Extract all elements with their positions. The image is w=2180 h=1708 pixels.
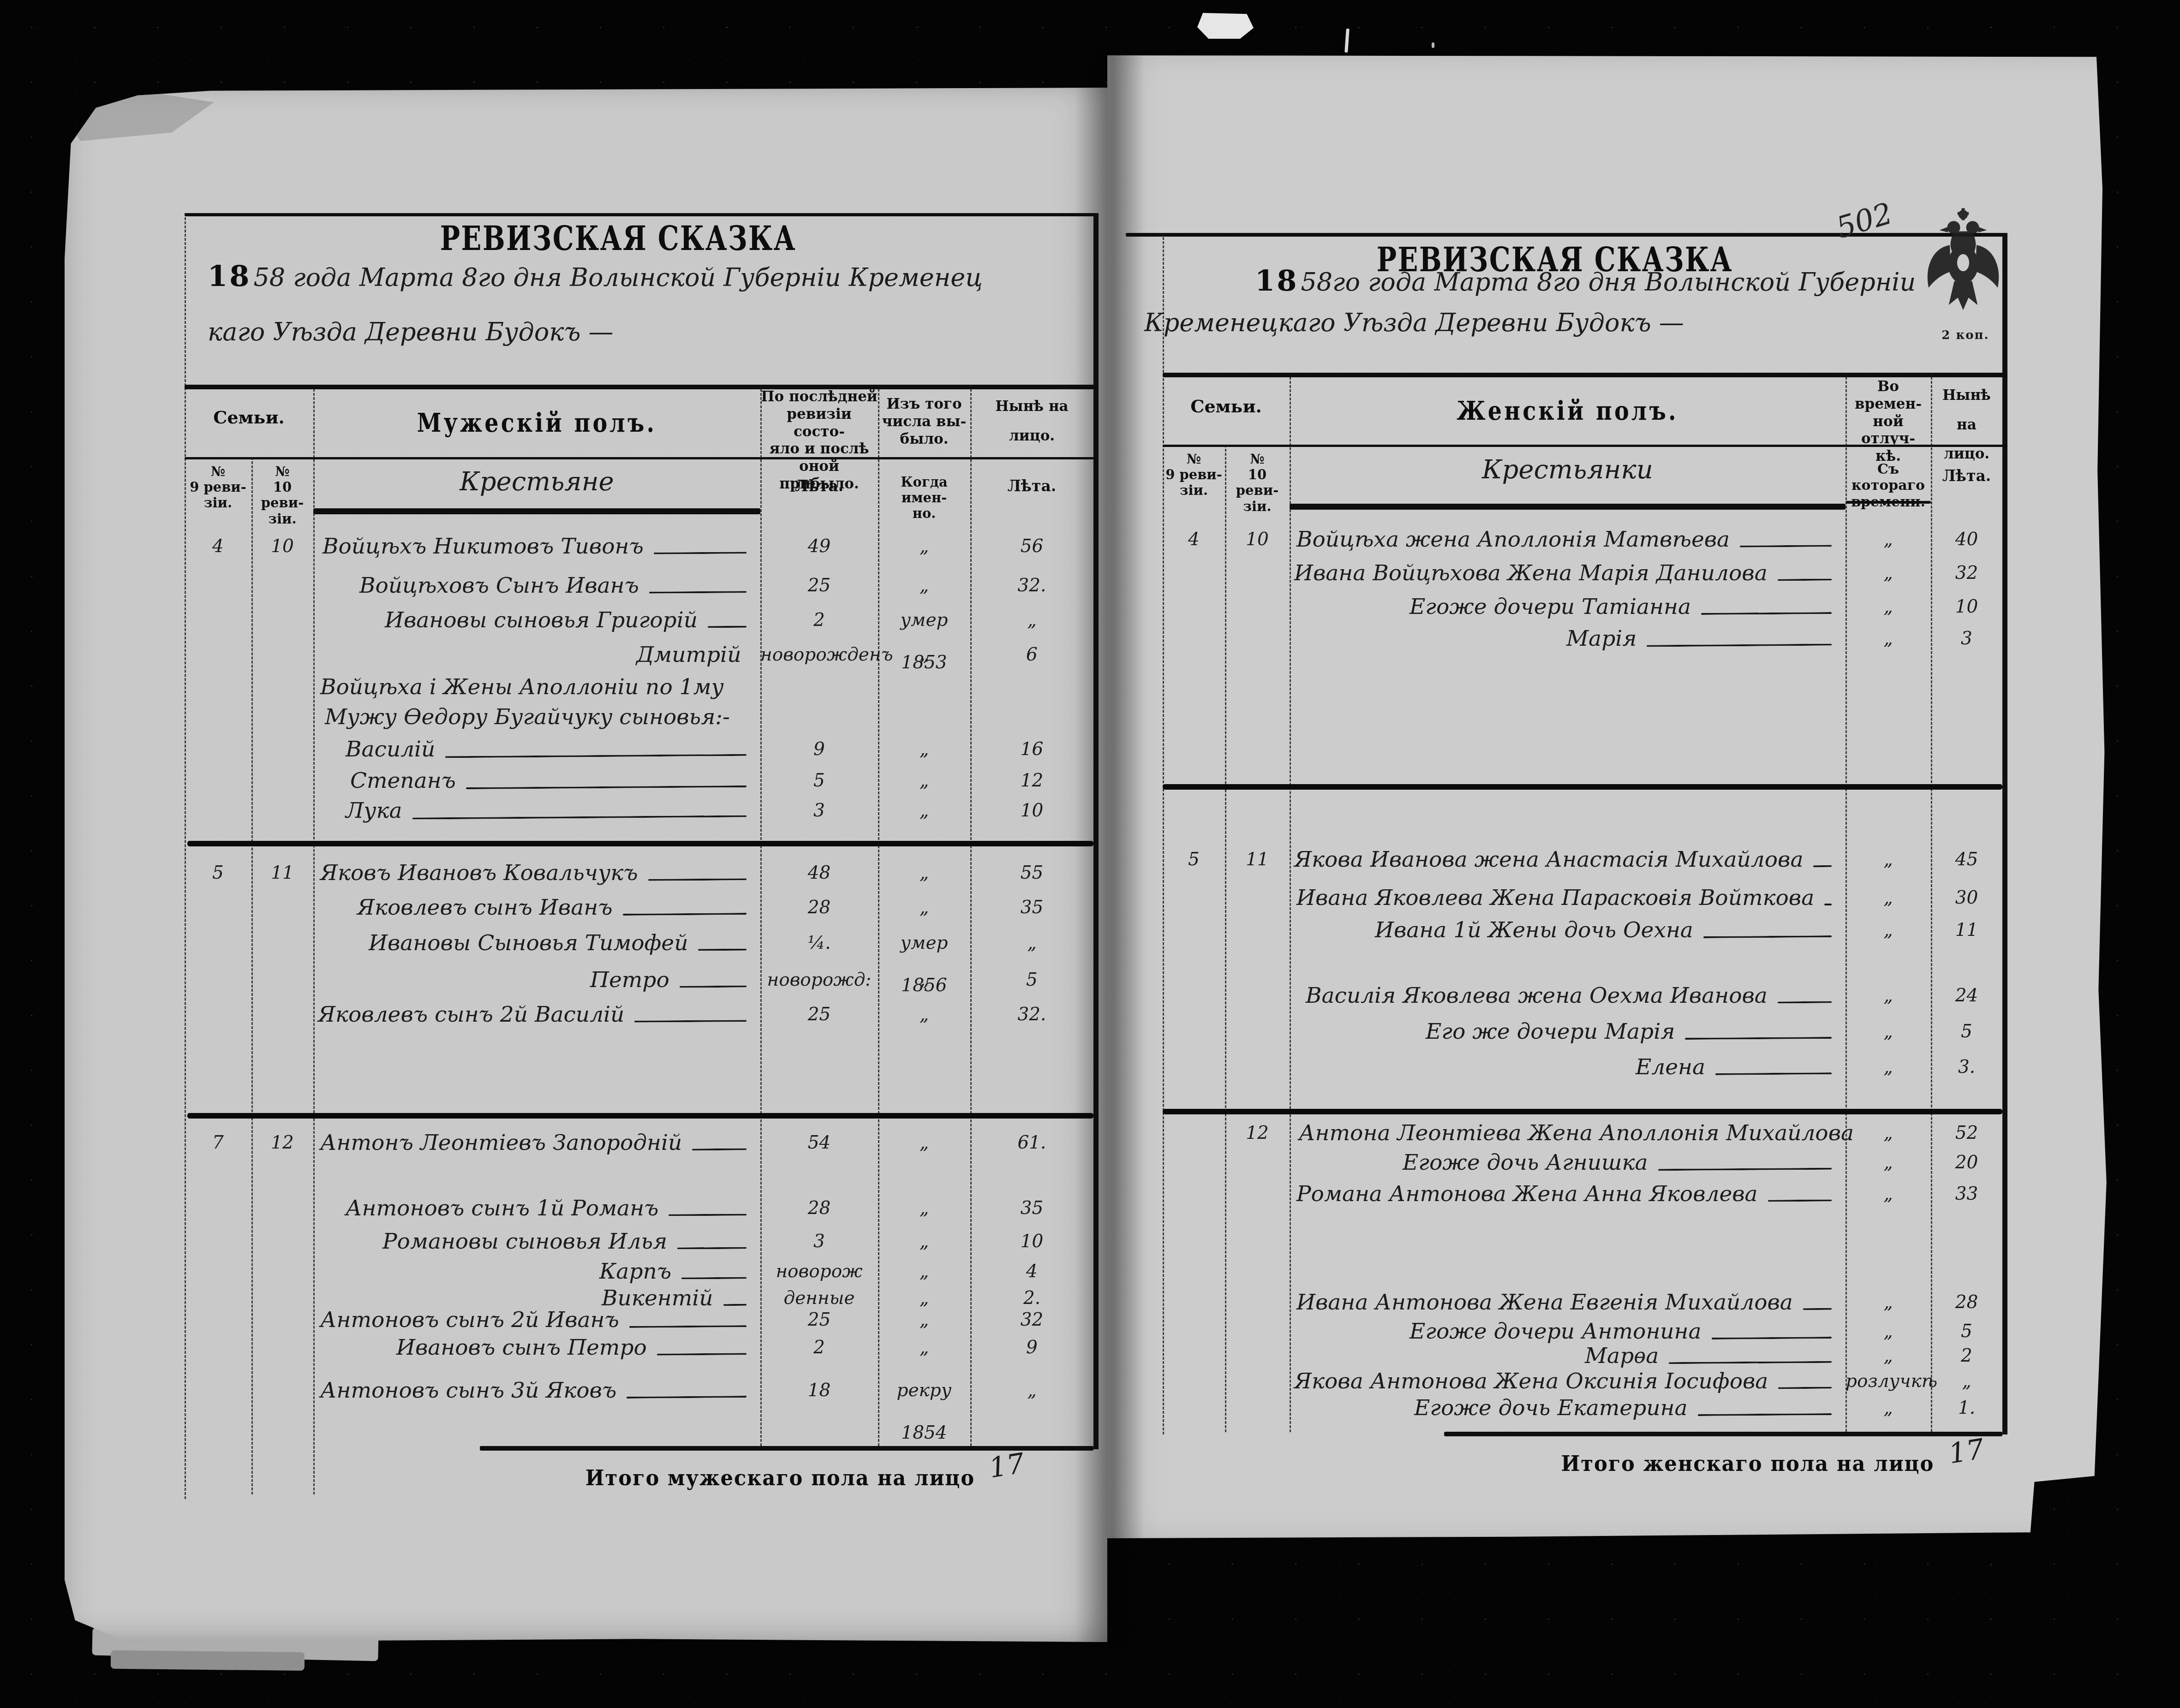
ruled-dash	[1647, 644, 1832, 647]
ruled-dash	[1740, 545, 1832, 547]
person-name-cell: Антоновъ сынъ 3й Яковъ	[313, 1369, 760, 1412]
departed-when: „	[878, 1122, 970, 1164]
ruled-dash	[445, 754, 747, 758]
census-row: Ивановы Сыновья Тимофей¼.умер 1856„	[65, 922, 1107, 964]
family-separator-rule	[187, 841, 1093, 846]
person-name: Егоже дочь Екатерина	[1414, 1387, 1688, 1429]
left-rows: 410Войцѣхъ Никитовъ Тивонъ49„56Войцѣховъ…	[65, 88, 1107, 1642]
ruled-dash	[1701, 612, 1832, 615]
age-last-revision: 25	[760, 994, 878, 1036]
person-name-cell: Ивановы Сыновья Тимофей	[313, 922, 760, 964]
book-scan: РЕВИЗСКАЯ СКАЗКА 18 58 года Марта 8го дн…	[0, 0, 2180, 1708]
person-name: Войцѣхъ Никитовъ Тивонъ	[323, 525, 644, 568]
total-label: Итого женскаго пола на лицо	[1561, 1451, 1935, 1476]
ruled-dash	[649, 591, 747, 593]
absence-since: „	[1846, 618, 1931, 660]
absence-since: „	[1846, 1173, 1931, 1215]
age-last-revision: 3	[760, 790, 878, 832]
absence-since: „	[1846, 839, 1931, 881]
age-now: 10	[970, 790, 1093, 832]
right-rows: 410Войцѣха жена Аполлонія Матвѣева„40Ива…	[1107, 55, 2108, 1538]
person-name-cell: Марія	[1290, 618, 1846, 660]
census-row: Ивана 1й Жены дочь Оехна„11	[1107, 909, 2108, 952]
census-row: Егоже дочь Екатерина„1.	[1107, 1387, 2108, 1429]
person-name-cell: Яковлевъ сынъ 2й Василій	[313, 994, 760, 1036]
ruled-dash	[1768, 1200, 1832, 1202]
ruled-dash	[623, 913, 747, 916]
person-name-cell: Елена	[1290, 1046, 1846, 1089]
person-name: Якова Иванова жена Анастасія Михайлова	[1294, 839, 1803, 881]
age-now: 56	[970, 525, 1093, 568]
census-row: Романа Антонова Жена Анна Яковлева„33	[1107, 1173, 2108, 1215]
departed-when: „	[878, 994, 970, 1036]
person-name: Лука	[346, 790, 402, 832]
age-now: 3	[1931, 618, 2002, 660]
total-line: Итого женскаго пола на лицо 17	[1338, 1446, 1984, 1478]
person-name-cell: Ивана 1й Жены дочь Оехна	[1290, 909, 1846, 952]
person-name: Яковлевъ сынъ 2й Василій	[318, 994, 624, 1036]
ruled-dash	[1703, 935, 1832, 938]
age-now: 9	[970, 1327, 1093, 1369]
census-row: Лука3„10	[65, 790, 1107, 832]
person-name: Ивановъ сынъ Петро	[396, 1327, 647, 1369]
ruled-dash	[698, 949, 747, 951]
age-now: 32.	[970, 994, 1093, 1036]
rev10-number: 11	[1225, 839, 1290, 881]
total-label: Итого мужескаго пола на лицо	[585, 1465, 975, 1490]
ruled-dash	[1778, 1001, 1832, 1004]
ruled-dash	[708, 626, 747, 628]
age-now: „	[970, 1369, 1093, 1412]
ruled-dash	[634, 1020, 747, 1023]
person-name-cell: Войцѣхъ Никитовъ Тивонъ	[313, 525, 760, 568]
age-last-revision: 49	[760, 525, 878, 568]
total-line: Итого мужескаго пола на лицо 17	[388, 1460, 1024, 1492]
person-name-cell: Якова Иванова жена Анастасія Михайлова	[1290, 839, 1846, 881]
departed-when: „	[878, 790, 970, 832]
person-name-cell: Ивановъ сынъ Петро	[313, 1327, 760, 1369]
ruled-dash	[412, 815, 747, 819]
census-row: 511Якова Иванова жена Анастасія Михайлов…	[1107, 839, 2108, 881]
ruled-dash	[1813, 865, 1832, 867]
person-name: Антонъ Леонтіевъ Запородній	[320, 1122, 682, 1164]
ruled-dash	[680, 985, 747, 988]
ruled-dash	[1658, 1168, 1832, 1171]
ruled-dash	[1715, 1072, 1832, 1075]
ruled-dash	[692, 1149, 747, 1151]
person-name: Ивановы Сыновья Тимофей	[369, 922, 688, 964]
departed-when: „	[878, 1327, 970, 1369]
family-separator-rule	[1163, 1109, 2002, 1114]
ruled-dash	[669, 1214, 747, 1216]
person-name-cell: Антонъ Леонтіевъ Запородній	[313, 1122, 760, 1164]
departed-when: „	[878, 525, 970, 568]
absence-since: „	[1846, 909, 1931, 952]
person-name: Антоновъ сынъ 3й Яковъ	[320, 1369, 616, 1412]
scanner-clip-artifact	[1197, 13, 1254, 39]
ruled-dash	[677, 1247, 747, 1249]
age-now: 45	[1931, 839, 2002, 881]
ruled-dash	[1698, 1413, 1832, 1416]
rev9-number: 7	[185, 1122, 251, 1164]
census-row: Ивановъ сынъ Петро2„9	[65, 1327, 1107, 1369]
age-now: 11	[1931, 909, 2002, 952]
age-last-revision: 2	[760, 1327, 878, 1369]
census-row: Антоновъ сынъ 3й Яковъ18рекру 1854„	[65, 1369, 1107, 1412]
family-separator-rule	[1163, 784, 2002, 790]
person-name-cell: Романа Антонова Жена Анна Яковлева	[1290, 1173, 1846, 1215]
age-now: 33	[1931, 1173, 2002, 1215]
absence-since: „	[1846, 1387, 1931, 1429]
ruled-dash	[466, 786, 747, 789]
age-last-revision: ¼.	[760, 922, 878, 964]
rev10-number: 12	[251, 1122, 313, 1164]
ruled-dash	[648, 878, 747, 881]
person-name: Елена	[1636, 1046, 1705, 1089]
age-now: 1.	[1931, 1387, 2002, 1429]
family-separator-rule	[187, 1113, 1093, 1119]
person-name: Романа Антонова Жена Анна Яковлева	[1296, 1173, 1758, 1215]
age-now: 3.	[1931, 1046, 2002, 1089]
census-row: 410Войцѣхъ Никитовъ Тивонъ49„56	[65, 525, 1107, 568]
age-last-revision: 54	[760, 1122, 878, 1164]
census-row: Марія„3	[1107, 618, 2108, 660]
rev9-number: 5	[1163, 839, 1225, 881]
total-value: 17	[1947, 1433, 1986, 1470]
departed-when: рекру 1854	[878, 1369, 970, 1454]
census-row: Елена„3.	[1107, 1046, 2108, 1089]
rev9-number: 4	[185, 525, 251, 568]
ruled-dash	[627, 1396, 747, 1399]
ruled-dash	[1824, 904, 1832, 905]
person-name-cell: Егоже дочь Екатерина	[1290, 1387, 1846, 1429]
absence-since: „	[1846, 1046, 1931, 1089]
ruled-dash	[1778, 579, 1832, 581]
right-page: 502 2 коп. РЕВИЗСКАЯ СКАЗКА 18	[1107, 55, 2108, 1538]
age-last-revision: 18	[760, 1369, 878, 1412]
left-page: РЕВИЗСКАЯ СКАЗКА 18 58 года Марта 8го дн…	[65, 88, 1107, 1642]
age-now: 61.	[970, 1122, 1093, 1164]
page-stack-edge	[111, 1650, 305, 1671]
scanner-dot-artifact	[1432, 42, 1434, 48]
census-row: Яковлевъ сынъ 2й Василій25„32.	[65, 994, 1107, 1036]
person-name: Марія	[1566, 618, 1636, 660]
age-now: „	[970, 922, 1093, 964]
person-name-cell: Лука	[313, 790, 760, 832]
rev10-number: 10	[251, 525, 313, 568]
ruled-dash	[657, 1353, 747, 1355]
ruled-dash	[1685, 1037, 1832, 1040]
census-row: 712Антонъ Леонтіевъ Запородній54„61.	[65, 1122, 1107, 1164]
ruled-dash	[1803, 1308, 1832, 1310]
scanner-tick-artifact	[1344, 29, 1350, 53]
ruled-dash	[654, 552, 747, 554]
person-name: Ивана 1й Жены дочь Оехна	[1375, 909, 1693, 952]
total-value: 17	[987, 1447, 1027, 1484]
